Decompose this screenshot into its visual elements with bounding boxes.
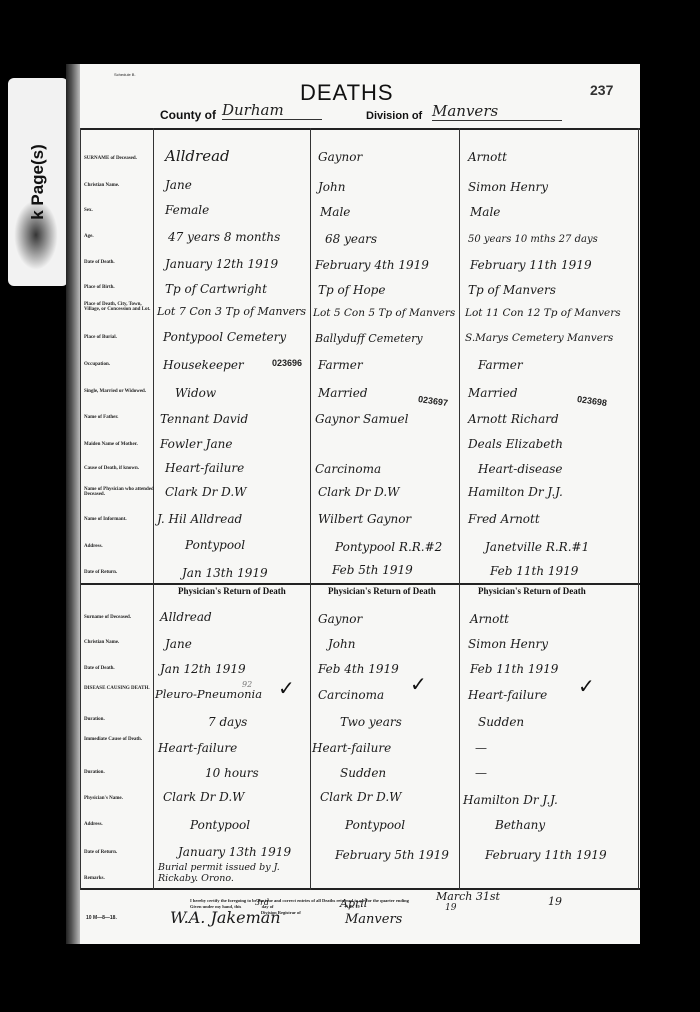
form-number: 10 M—8—18. (86, 915, 117, 921)
rec2-place-of-burial: Ballyduff Cemetery (315, 332, 423, 345)
rec3-address: Janetville R.R.#1 (485, 540, 589, 554)
plabel-christian-name: Christian Name. (84, 640, 154, 645)
checkmark-icon: ✓ (278, 676, 295, 700)
plabel-duration: Duration. (84, 717, 154, 722)
prec3-disease: Heart-failure (468, 688, 547, 702)
rec2-marital-status: Married (318, 386, 368, 400)
prec1-date-of-death: Jan 12th 1919 (160, 662, 246, 676)
prec1-disease: Pleuro-Pneumonia (155, 687, 262, 701)
prec2-immediate-duration: Sudden (340, 766, 386, 780)
rec1-mother-maiden: Fowler Jane (160, 437, 232, 451)
plabel-immediate-cause: Immediate Cause of Death. (84, 737, 154, 742)
rec2-date-of-return: Feb 5th 1919 (332, 563, 413, 577)
plabel-date-of-death: Date of Death. (84, 666, 154, 671)
col-divider-1 (153, 128, 154, 890)
label-place-of-burial: Place of Burial. (84, 335, 154, 340)
rec1-father: Tennant David (160, 412, 248, 426)
rec3-sex: Male (470, 205, 500, 219)
rec2-surname: Gaynor (318, 150, 362, 164)
prec1-date-of-return: January 13th 1919 (178, 845, 291, 859)
rec2-occupation: Farmer (318, 358, 363, 372)
prec3-immediate-duration: — (475, 766, 487, 780)
ad-year: 19 (445, 903, 456, 913)
prec3-physician: Hamilton Dr J.J. (463, 793, 558, 807)
rec1-address: Pontypool (185, 538, 245, 552)
prec3-date-of-return: February 11th 1919 (485, 848, 607, 862)
rec1-date-of-return: Jan 13th 1919 (182, 566, 268, 580)
label-physician: Name of Physician who attended Deceased. (84, 487, 154, 497)
county-value: Durham (222, 101, 322, 120)
rec3-mother-maiden: Deals Elizabeth (468, 437, 563, 451)
label-date-of-death: Date of Death. (84, 260, 154, 265)
rec3-marital-status: Married (468, 386, 518, 400)
prec2-address: Pontypool (345, 818, 405, 832)
prec1-physician: Clark Dr D.W (163, 790, 245, 804)
prec3-immediate-cause: — (475, 741, 487, 755)
rec2-cause: Carcinoma (315, 462, 381, 476)
day-value: 3rd (255, 898, 269, 907)
table-top-border (80, 128, 640, 130)
scan-background (640, 60, 700, 1012)
quarter-end-value: March 31st (436, 890, 500, 903)
physician-heading-3: Physician's Return of Death (478, 586, 586, 596)
rec3-date-of-return: Feb 11th 1919 (490, 564, 578, 578)
prec1-christian-name: Jane (165, 637, 192, 651)
division-value: Manvers (432, 102, 562, 121)
physician-heading-1: Physician's Return of Death (178, 586, 286, 596)
label-informant: Name of Informant. (84, 517, 154, 522)
rec2-informant: Wilbert Gaynor (318, 512, 411, 526)
prec2-physician: Clark Dr D.W (320, 790, 402, 804)
prec1-address: Pontypool (190, 818, 250, 832)
prec3-duration: Sudden (478, 715, 524, 729)
page-tab-label: k Page(s) (28, 144, 48, 220)
plabel-remarks: Remarks. (84, 876, 154, 881)
rec1-christian-name: Jane (165, 178, 192, 192)
rec3-occupation: Farmer (478, 358, 523, 372)
rec3-christian-name: Simon Henry (468, 180, 548, 194)
prec2-surname: Gaynor (318, 612, 362, 626)
rec1-marital-status: Widow (175, 386, 216, 400)
rec2-christian-name: John (318, 180, 346, 194)
rec2-age: 68 years (325, 232, 377, 246)
rec2-physician: Clark Dr D.W (318, 485, 400, 499)
schedule-label: Schedule B. (114, 72, 136, 77)
month-value: April (340, 897, 367, 910)
col-divider-0 (80, 128, 81, 890)
prec1-surname: Alldread (160, 610, 212, 624)
plabel-duration-2: Duration. (84, 770, 154, 775)
year-suffix: 19 (548, 895, 562, 908)
rec2-place-of-birth: Tp of Hope (318, 283, 385, 297)
rec1-sex: Female (165, 203, 209, 217)
rec1-physician: Clark Dr D.W (165, 485, 247, 499)
rec1-place-of-death: Lot 7 Con 3 Tp of Manvers (157, 305, 306, 318)
prec2-christian-name: John (328, 637, 356, 651)
label-occupation: Occupation. (84, 362, 154, 367)
label-surname: SURNAME of Deceased. (84, 156, 154, 161)
plabel-surname: Surname of Deceased. (84, 615, 154, 620)
prec1-immediate-duration: 10 hours (205, 766, 259, 780)
checkmark-icon: ✓ (410, 672, 427, 696)
prec1-duration: 7 days (208, 715, 247, 729)
page-binding (66, 64, 80, 944)
rec3-place-of-burial: S.Marys Cemetery Manvers (465, 332, 613, 344)
rec1-place-of-birth: Tp of Cartwright (165, 282, 267, 296)
rec3-age: 50 years 10 mths 27 days (468, 234, 598, 245)
rec3-surname: Arnott (468, 150, 507, 164)
prec2-date-of-return: February 5th 1919 (335, 848, 449, 862)
plabel-address: Address. (84, 822, 154, 827)
page-tab-label-wrap: k Page(s) (8, 78, 68, 286)
label-place-of-birth: Place of Birth. (84, 285, 154, 290)
division-signature: Manvers (345, 912, 402, 927)
registrar-signature: W.A. Jakeman (170, 908, 281, 927)
rec1-occupation: Housekeeper (163, 358, 244, 372)
label-date-of-return: Date of Return. (84, 570, 154, 575)
checkmark-icon: ✓ (578, 674, 595, 698)
label-mother-maiden: Maiden Name of Mother. (84, 442, 154, 447)
prec2-disease: Carcinoma (318, 688, 384, 702)
rec1-surname: Alldread (165, 147, 230, 165)
rec3-cause: Heart-disease (478, 462, 563, 476)
rec2-place-of-death: Lot 5 Con 5 Tp of Manvers (313, 307, 455, 319)
county-label: County of (160, 108, 216, 122)
rec3-date-of-death: February 11th 1919 (470, 258, 592, 272)
col-divider-3 (459, 128, 460, 890)
prec3-date-of-death: Feb 11th 1919 (470, 662, 558, 676)
rec2-address: Pontypool R.R.#2 (335, 540, 442, 554)
table-bottom-border (80, 888, 640, 890)
label-marital-status: Single, Married or Widowed. (84, 389, 154, 394)
prec1-immediate-cause: Heart-failure (158, 741, 237, 755)
prec3-address: Bethany (495, 818, 545, 832)
label-christian-name: Christian Name. (84, 183, 154, 188)
rec3-place-of-death: Lot 11 Con 12 Tp of Manvers (465, 307, 621, 319)
rec3-father: Arnott Richard (468, 412, 559, 426)
plabel-physician: Physician's Name. (84, 796, 154, 801)
label-cause: Cause of Death, if known. (84, 466, 154, 471)
rec3-place-of-birth: Tp of Manvers (468, 283, 556, 297)
plabel-disease: DISEASE CAUSING DEATH. (84, 686, 154, 691)
plabel-date-of-return: Date of Return. (84, 850, 154, 855)
rec1-informant: J. Hil Alldread (157, 512, 242, 526)
prec1-code: 92 (242, 680, 252, 689)
page-number: 237 (590, 82, 613, 98)
prec2-duration: Two years (340, 715, 402, 729)
rec2-sex: Male (320, 205, 350, 219)
section-divider (80, 583, 640, 585)
label-age: Age. (84, 234, 154, 239)
col-divider-2 (310, 128, 311, 890)
label-place-of-death: Place of Death, City, Town, Village, or … (84, 302, 154, 312)
prec2-immediate-cause: Heart-failure (312, 741, 391, 755)
prec3-christian-name: Simon Henry (468, 637, 548, 651)
rec2-date-of-death: February 4th 1919 (315, 258, 429, 272)
prec2-date-of-death: Feb 4th 1919 (318, 662, 399, 676)
division-label: Division of (366, 110, 422, 122)
rec3-physician: Hamilton Dr J.J. (468, 485, 563, 499)
prec1-remarks: Burial permit issued by J. Rickaby. Oron… (158, 862, 298, 884)
label-father: Name of Father. (84, 415, 154, 420)
rec3-informant: Fred Arnott (468, 512, 540, 526)
rec1-date-of-death: January 12th 1919 (165, 257, 278, 271)
certification-statement: I hereby certify the foregoing to be the… (190, 898, 409, 903)
rec1-age: 47 years 8 months (168, 230, 280, 244)
col-divider-4 (638, 128, 639, 890)
rec1-stamp: 023696 (272, 358, 302, 368)
rec1-cause: Heart-failure (165, 461, 244, 475)
physician-heading-2: Physician's Return of Death (328, 586, 436, 596)
prec3-surname: Arnott (470, 612, 509, 626)
label-address: Address. (84, 544, 154, 549)
rec2-father: Gaynor Samuel (315, 412, 408, 426)
label-sex: Sex. (84, 208, 154, 213)
rec1-place-of-burial: Pontypool Cemetery (163, 330, 286, 344)
